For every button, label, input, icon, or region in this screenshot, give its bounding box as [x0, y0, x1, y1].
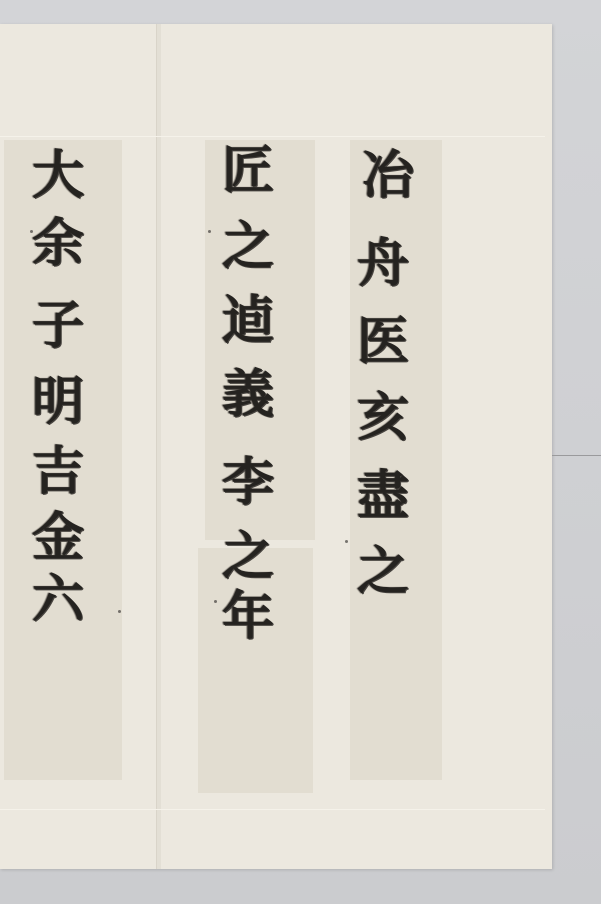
glyph: 亥	[357, 392, 409, 444]
glyph: 盡	[357, 470, 409, 522]
glyph: 義	[222, 369, 274, 421]
glyph: 医	[357, 316, 409, 368]
glyph: 大	[32, 150, 84, 202]
column-right: 冶 舟 医 亥 盡 之	[352, 150, 414, 598]
glyph: 之	[357, 546, 409, 598]
glyph: 子	[32, 300, 84, 352]
glyph: 六	[32, 574, 84, 626]
column-middle: 匠 之 逌 義 李 之 年	[222, 145, 274, 643]
glyph: 明	[32, 376, 84, 428]
glyph: 之	[222, 221, 274, 273]
glyph: 吉	[32, 446, 84, 498]
glyph: 余	[32, 218, 84, 270]
glyph: 舟	[357, 238, 409, 290]
glyph: 李	[222, 457, 274, 509]
column-left: 大 余 子 明 吉 金 六	[32, 150, 84, 626]
glyph: 金	[32, 512, 84, 564]
glyph: 之	[222, 531, 274, 583]
glyph: 年	[222, 591, 274, 643]
glyph: 逌	[222, 295, 274, 347]
glyph: 冶	[362, 150, 414, 202]
table-edge-line	[552, 455, 601, 456]
glyph: 匠	[222, 145, 274, 197]
